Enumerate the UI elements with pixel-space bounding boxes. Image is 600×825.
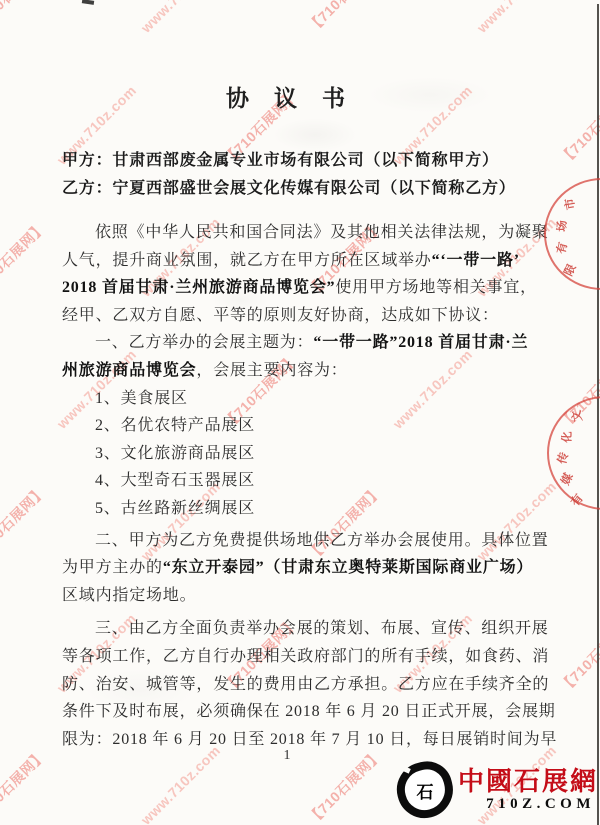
text: 使用甲方场地等相关事宜，	[335, 279, 537, 296]
seal-glyph: 化	[559, 431, 575, 443]
scan-artifact-mark	[82, 0, 94, 5]
logo-site-url: 710Z.COM	[458, 796, 598, 813]
watermark-text: www.710z.com	[138, 0, 224, 36]
stone-character: 石	[405, 770, 445, 810]
body-line: 条件下及时布展，必须确保在 2018 年 6 月 20 日正式开展，会展期	[62, 698, 507, 726]
party-b-line: 乙方：宁夏西部盛世会展文化传媒有限公司（以下简称乙方）	[62, 175, 516, 203]
text: 一、乙方举办的会展主题为：	[95, 334, 313, 351]
seal-glyph: 限	[560, 261, 579, 278]
partial-seal-stamp: 文化传媒有	[547, 396, 600, 510]
watermark-text: 【710石展网】	[0, 482, 50, 565]
body-line: 区域内指定场地。	[62, 582, 507, 610]
text: 依照《中华人民共和国合同法》及其他相关法律法规，为凝聚	[95, 224, 549, 241]
watermark-text: www.710z.com	[474, 0, 560, 36]
seal-glyph: 场	[554, 220, 570, 232]
bold-text: 州旅游商品博览会	[62, 362, 196, 379]
text: 经甲、乙双方自愿、平等的原则友好协商，达成如下协议：	[62, 307, 499, 324]
text: 防、治安、城管等，发生的费用由乙方承担。乙方应在手续齐全的	[62, 676, 549, 693]
body-line: 州旅游商品博览会，会展主要内容为：	[62, 357, 507, 385]
logo-text-block: 中國石展網 710Z.COM	[458, 768, 598, 813]
bold-text: “东立开泰园”（甘肃东立奥特莱斯国际商业广场）	[163, 559, 533, 576]
parties-block: 甲方：甘肃西部废金属专业市场有限公司（以下简称甲方） 乙方：宁夏西部盛世会展文化…	[62, 147, 516, 202]
text: 区域内指定场地。	[62, 587, 196, 604]
party-a-line: 甲方：甘肃西部废金属专业市场有限公司（以下简称甲方）	[62, 147, 516, 175]
body-line: 人气，提升商业氛围，就乙方在甲方所在区域举办“‘一带一路’	[62, 247, 507, 275]
text: 5、古丝路新丝绸展区	[95, 500, 255, 517]
body-line: 2、名优农特产品展区	[62, 412, 507, 440]
body-line: 为甲方主办的“东立开泰园”（甘肃东立奥特莱斯国际商业广场）	[62, 554, 507, 582]
body-text: 依照《中华人民共和国合同法》及其他相关法律法规，为凝聚人气，提升商业氛围，就乙方…	[62, 219, 507, 753]
watermark-text: 【710石展网】	[555, 614, 600, 697]
seal-glyph: 文	[568, 409, 586, 423]
text: 2、名优农特产品展区	[95, 417, 255, 434]
seal-glyph: 有	[567, 491, 587, 510]
text: 3、文化旅游商品展区	[95, 445, 255, 462]
watermark-text: 【710石展网】	[0, 0, 50, 36]
site-logo: 石 中國石展網 710Z.COM	[397, 762, 598, 818]
partial-seal-stamp: 市场有限	[544, 178, 600, 290]
text: 限为：2018 年 6 月 20 日至 2018 年 7 月 10 日，每日展销…	[62, 731, 557, 748]
seal-glyph: 有	[553, 240, 571, 255]
text: 条件下及时布展，必须确保在 2018 年 6 月 20 日正式开展，会展期	[62, 703, 556, 720]
text: 等各项工作，乙方自行办理相关政府部门的所有手续，如食药、消	[62, 648, 549, 665]
body-line: 4、大型奇石玉器展区	[62, 467, 507, 495]
text: 二、甲方为乙方免费提供场地供乙方举办会展使用。具体位置	[95, 532, 549, 549]
bold-text: 2018 首届甘肃·兰州旅游商品博览会”	[62, 279, 335, 296]
body-line: 一、乙方举办的会展主题为：“一带一路”2018 首届甘肃·兰	[62, 329, 507, 357]
body-line: 三、由乙方全面负责举办会展的策划、布展、宣传、组织开展	[62, 615, 507, 643]
document-title: 协 议 书	[0, 80, 572, 113]
body-line: 5、古丝路新丝绸展区	[62, 495, 507, 523]
seal-glyph: 传	[554, 450, 572, 465]
text: ，会展主要内容为：	[196, 362, 347, 379]
body-line: 二、甲方为乙方免费提供场地供乙方举办会展使用。具体位置	[62, 527, 507, 555]
body-line: 2018 首届甘肃·兰州旅游商品博览会”使用甲方场地等相关事宜，	[62, 274, 507, 302]
body-line: 经甲、乙双方自愿、平等的原则友好协商，达成如下协议：	[62, 302, 507, 330]
scanned-contract-page: 【710石展网】www.710z.com【710石展网】www.710z.com…	[0, 0, 600, 825]
body-line: 3、文化旅游商品展区	[62, 440, 507, 468]
watermark-text: 【710石展网】	[303, 0, 386, 36]
text: 4、大型奇石玉器展区	[95, 472, 255, 489]
body-line: 防、治安、城管等，发生的费用由乙方承担。乙方应在手续齐全的	[62, 671, 507, 699]
logo-site-name: 中國石展網	[458, 768, 598, 795]
body-line: 1、美食展区	[62, 385, 507, 413]
stone-seal-icon: 石	[391, 756, 459, 824]
text: 三、由乙方全面负责举办会展的策划、布展、宣传、组织开展	[95, 620, 549, 637]
watermark-text: 【710石展网】	[0, 218, 50, 301]
body-line: 依照《中华人民共和国合同法》及其他相关法律法规，为凝聚	[62, 219, 507, 247]
body-line: 等各项工作，乙方自行办理相关政府部门的所有手续，如食药、消	[62, 643, 507, 671]
text: 人气，提升商业氛围，就乙方在甲方所在区域举办	[62, 252, 432, 269]
bold-text: “一带一路”2018 首届甘肃·兰	[313, 334, 528, 351]
text: 1、美食展区	[95, 390, 188, 407]
bold-text: “‘一带一路’	[432, 252, 520, 269]
text: 为甲方主办的	[62, 559, 163, 576]
seal-glyph: 市	[561, 197, 579, 211]
seal-glyph: 媒	[557, 470, 576, 487]
